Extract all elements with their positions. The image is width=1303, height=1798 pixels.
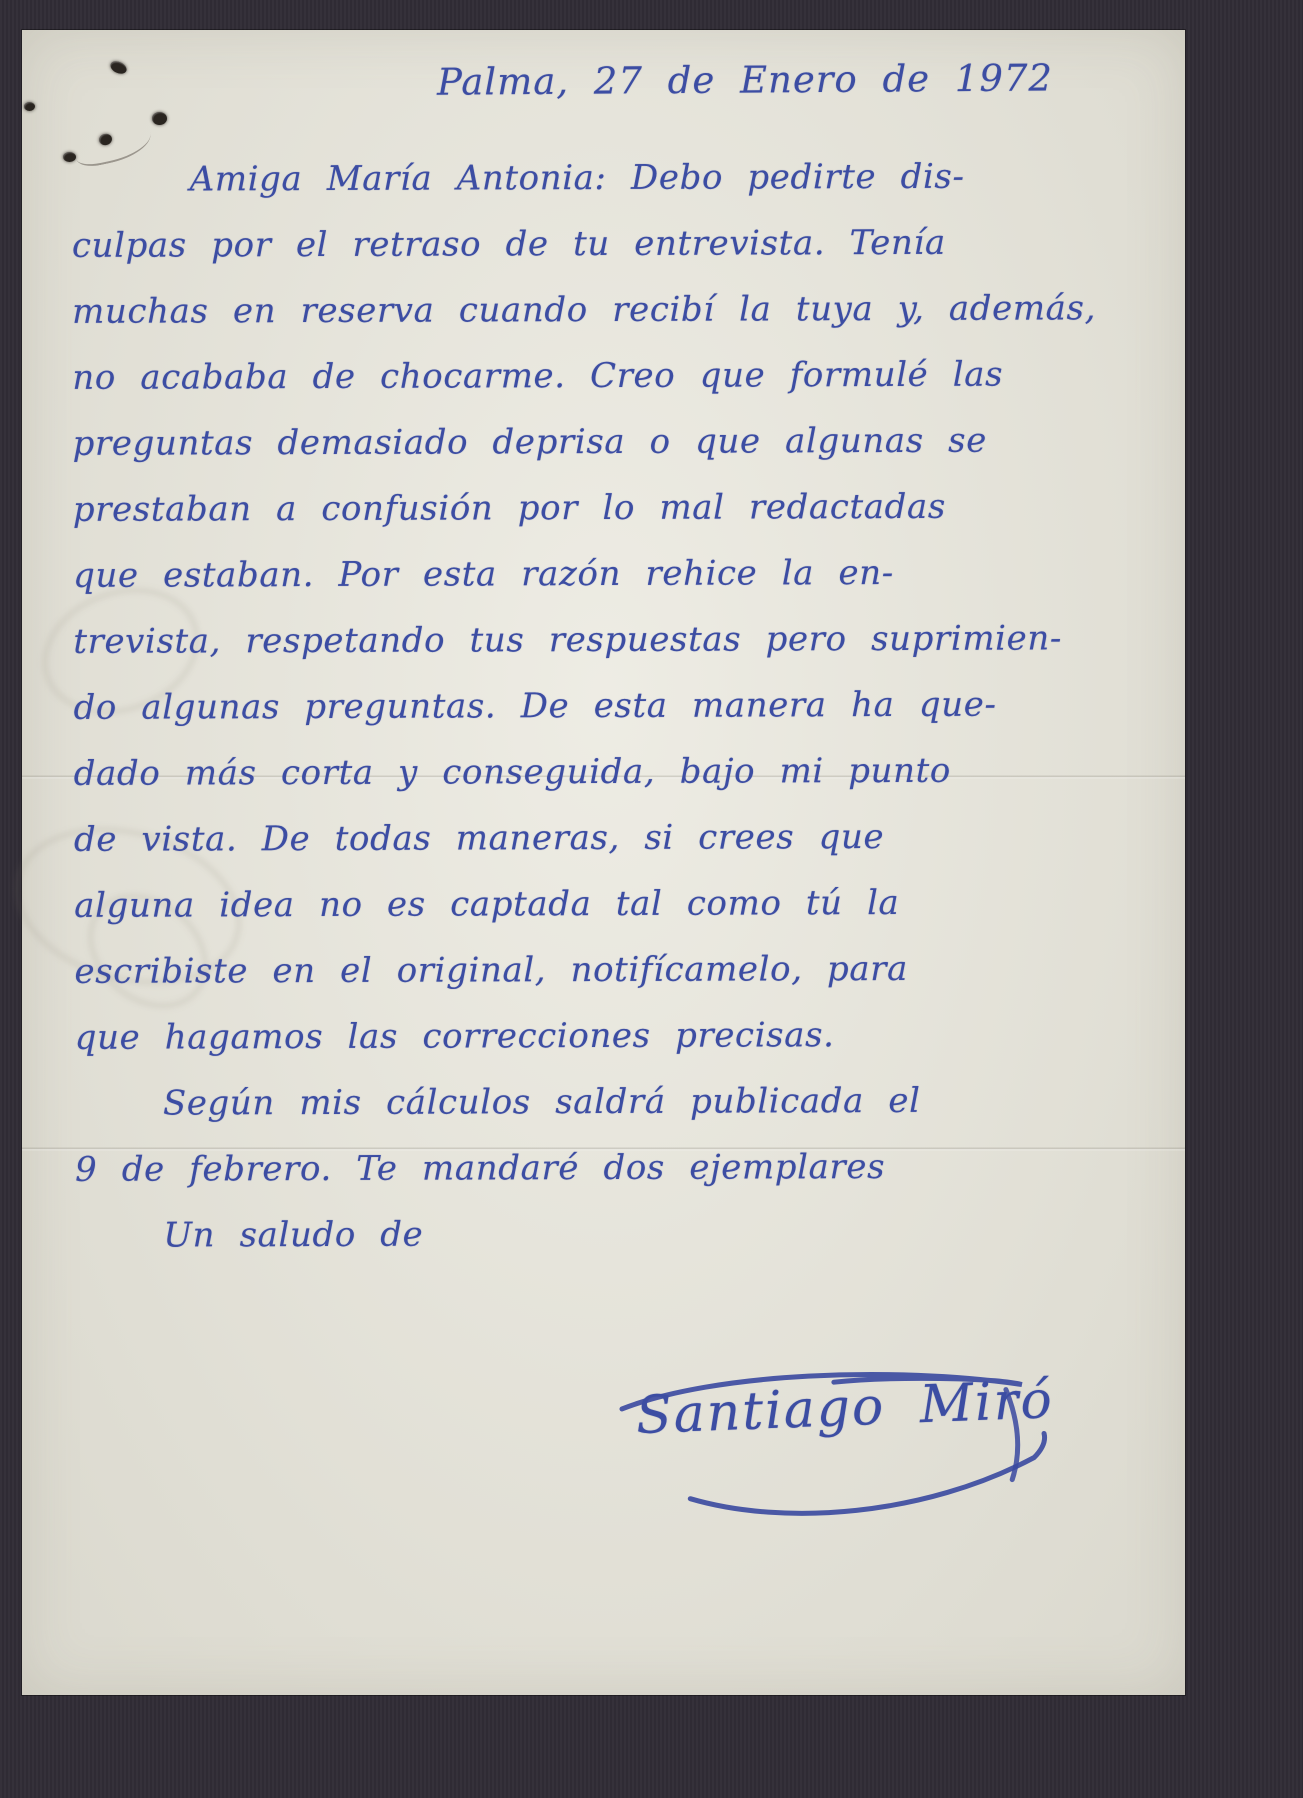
body-line: preguntas demasiado deprisa o que alguna… [72,407,1113,477]
body-line: alguna idea no es captada tal como tú la [74,869,1115,939]
signature: Santiago Miró [594,1329,1065,1541]
body-line: que hagamos las correcciones precisas. [75,1001,1116,1071]
body-line: trevista, respetando tus respuestas pero… [73,605,1114,675]
body-line: Según mis cálculos saldrá publicada el [75,1067,1116,1137]
paragraph: Amiga María Antonia: Debo pedirte dis- c… [72,143,1116,1071]
paragraph: Según mis cálculos saldrá publicada el 9… [75,1067,1116,1203]
photo-background: Palma, 27 de Enero de 1972 Amiga María A… [0,0,1303,1798]
letter-body: Amiga María Antonia: Debo pedirte dis- c… [20,143,1188,1543]
body-line: prestaban a confusión por lo mal redacta… [73,473,1114,543]
closing-line: Un saludo de [75,1199,1116,1269]
body-line: 9 de febrero. Te mandaré dos ejemplares [75,1133,1116,1203]
body-line: muchas en reserva cuando recibí la tuya … [72,275,1113,345]
body-line: dado más corta y conseguida, bajo mi pun… [74,737,1115,807]
body-line: de vista. De todas maneras, si crees que [74,803,1115,873]
body-line: Amiga María Antonia: Debo pedirte dis- [72,143,1113,213]
body-line: no acababa de chocarme. Creo que formulé… [72,341,1113,411]
staple-mark [152,112,167,125]
body-line: escribiste en el original, notifícamelo,… [74,935,1115,1005]
body-line: que estaban. Por esta razón rehice la en… [73,539,1114,609]
letter-paper: Palma, 27 de Enero de 1972 Amiga María A… [22,30,1185,1695]
dateline: Palma, 27 de Enero de 1972 [22,56,1053,106]
body-line: culpas por el retraso de tu entrevista. … [72,209,1113,279]
body-line: do algunas preguntas. De esta manera ha … [73,671,1114,741]
